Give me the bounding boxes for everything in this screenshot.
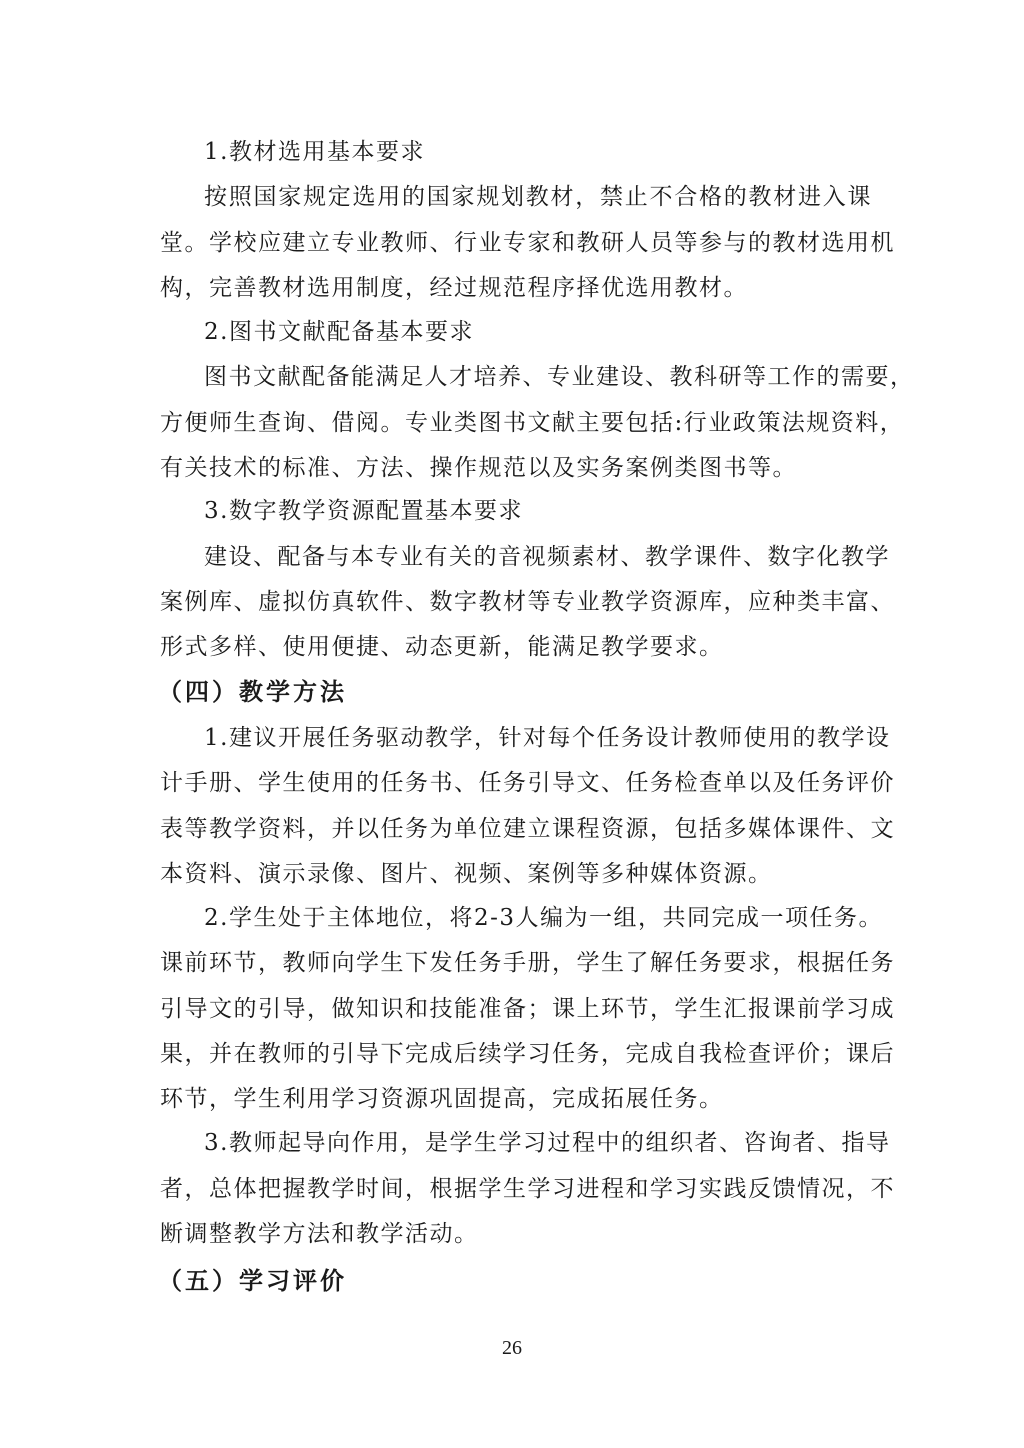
paragraph-line: 构，完善教材选用制度，经过规范程序择优选用教材。 <box>160 273 872 303</box>
subheading-digital-resources: 3.数字教学资源配置基本要求 <box>204 496 916 526</box>
page-number: 26 <box>0 1337 1024 1360</box>
paragraph-line: 按照国家规定选用的国家规划教材，禁止不合格的教材进入课 <box>204 182 872 212</box>
paragraph-line: 案例库、虚拟仿真软件、数字教材等专业教学资源库，应种类丰富、 <box>160 587 872 617</box>
paragraph-line: 果，并在教师的引导下完成后续学习任务，完成自我检查评价；课后 <box>160 1039 872 1069</box>
paragraph-line: 3.教师起导向作用，是学生学习过程中的组织者、咨询者、指导 <box>204 1128 872 1158</box>
paragraph-line: 2.学生处于主体地位，将2-3人编为一组，共同完成一项任务。 <box>204 903 872 933</box>
paragraph-line: 断调整教学方法和教学活动。 <box>160 1219 872 1249</box>
paragraph-line: 形式多样、使用便捷、动态更新，能满足教学要求。 <box>160 632 872 662</box>
document-page: 1.教材选用基本要求 按照国家规定选用的国家规划教材，禁止不合格的教材进入课 堂… <box>0 0 1024 1448</box>
paragraph-line: 堂。学校应建立专业教师、行业专家和教研人员等参与的教材选用机 <box>160 228 872 258</box>
subheading-library-resources: 2.图书文献配备基本要求 <box>204 317 916 347</box>
paragraph-line: 引导文的引导，做知识和技能准备；课上环节，学生汇报课前学习成 <box>160 994 872 1024</box>
paragraph-line: 者，总体把握教学时间，根据学生学习进程和学习实践反馈情况，不 <box>160 1174 872 1204</box>
paragraph-line: 课前环节，教师向学生下发任务手册，学生了解任务要求，根据任务 <box>160 948 872 978</box>
paragraph-line: 表等教学资料，并以任务为单位建立课程资源，包括多媒体课件、文 <box>160 814 872 844</box>
paragraph-line: 本资料、演示录像、图片、视频、案例等多种媒体资源。 <box>160 859 872 889</box>
paragraph-line: 1.建议开展任务驱动教学，针对每个任务设计教师使用的教学设 <box>204 723 872 753</box>
paragraph-line: 计手册、学生使用的任务书、任务引导文、任务检查单以及任务评价 <box>160 768 872 798</box>
paragraph-line: 有关技术的标准、方法、操作规范以及实务案例类图书等。 <box>160 453 872 483</box>
paragraph-line: 图书文献配备能满足人才培养、专业建设、教科研等工作的需要， <box>204 362 872 392</box>
subheading-textbook-selection: 1.教材选用基本要求 <box>204 137 916 167</box>
paragraph-line: 方便师生查询、借阅。专业类图书文献主要包括:行业政策法规资料， <box>160 408 872 438</box>
paragraph-line: 建设、配备与本专业有关的音视频素材、教学课件、数字化教学 <box>204 542 872 572</box>
section-heading-learning-evaluation: （五）学习评价 <box>158 1266 870 1296</box>
paragraph-line: 环节，学生利用学习资源巩固提高，完成拓展任务。 <box>160 1084 872 1114</box>
section-heading-teaching-methods: （四）教学方法 <box>158 677 870 707</box>
